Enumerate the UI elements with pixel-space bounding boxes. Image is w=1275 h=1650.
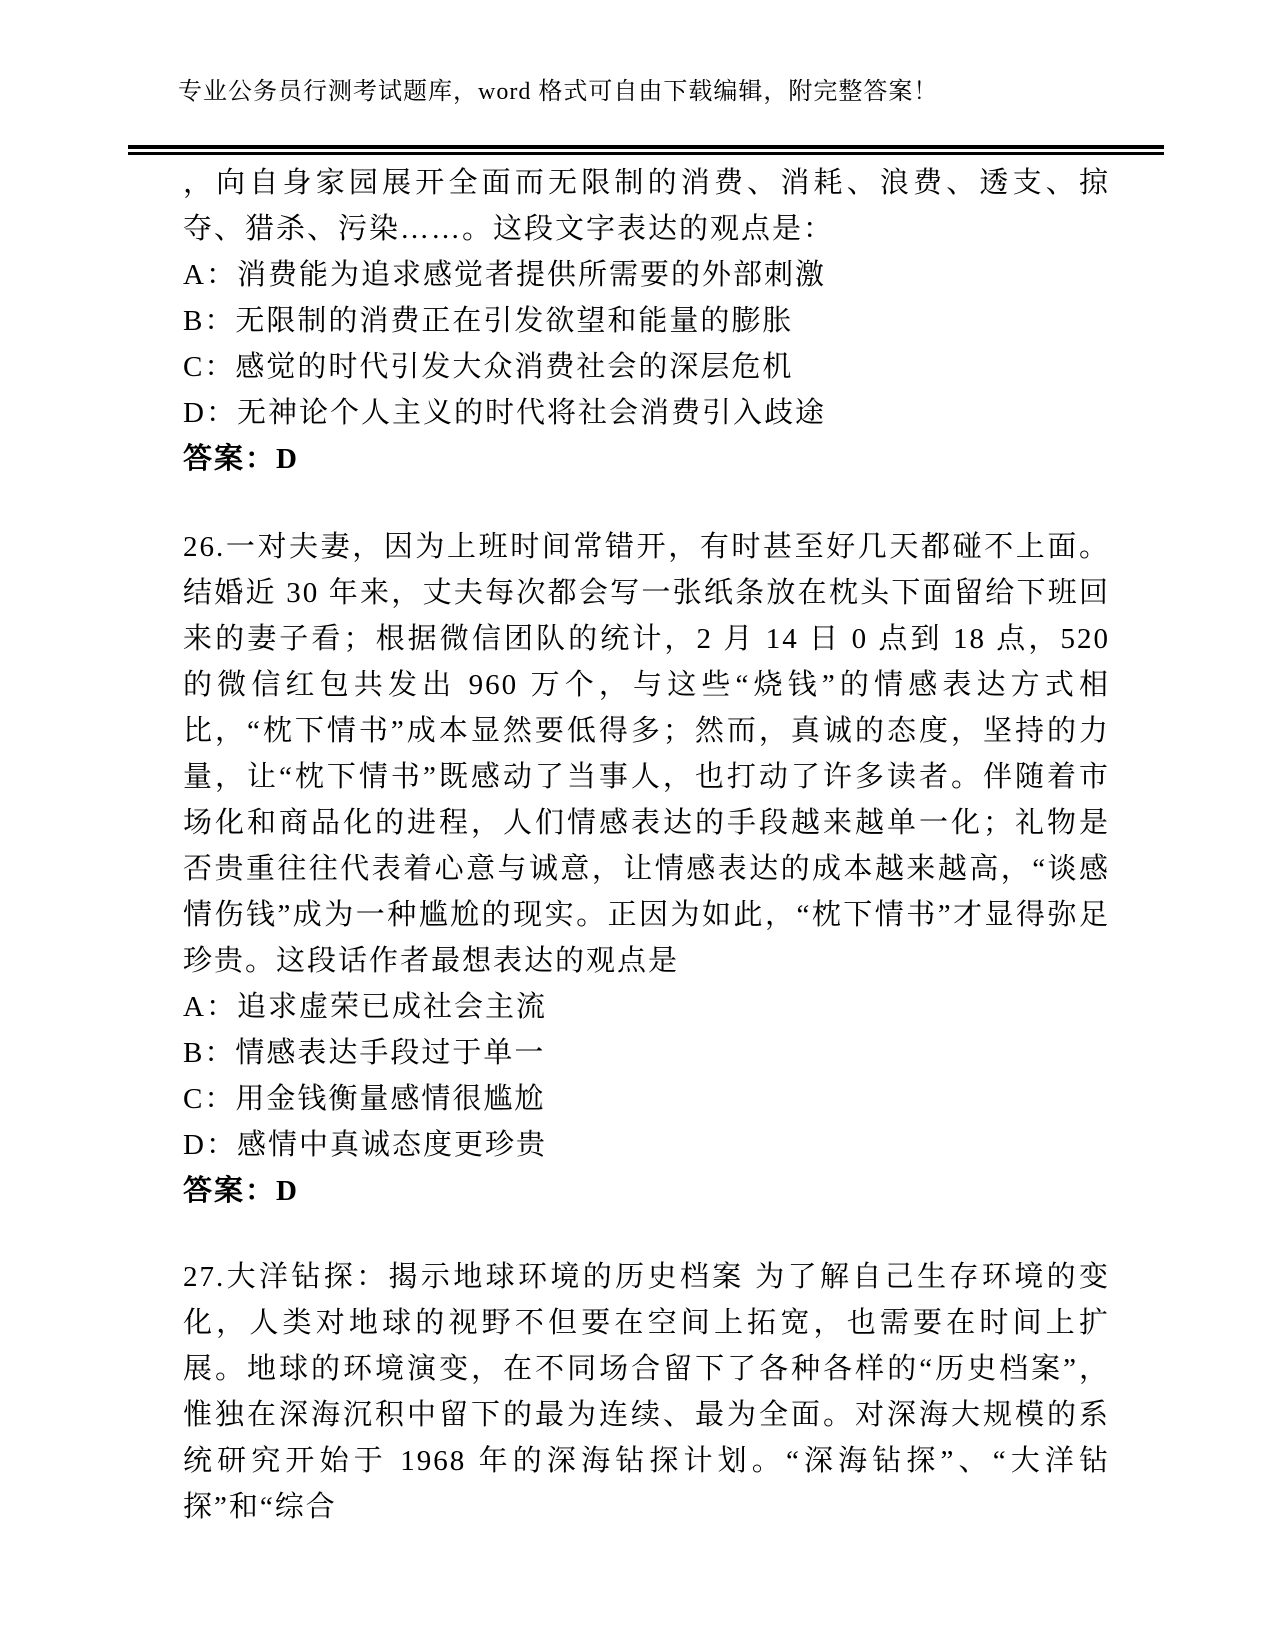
question-27-block: 27.大洋钻探：揭示地球环境的历史档案 为了解自己生存环境的变化，人类对地球的视… xyxy=(183,1254,1110,1530)
question-25-block: ，向自身家园展开全面而无限制的消费、消耗、浪费、透支、掠夺、猎杀、污染……。这段… xyxy=(183,160,1110,482)
question-26-option-c: C：用金钱衡量感情很尴尬 xyxy=(183,1076,1110,1122)
question-26-answer: 答案：D xyxy=(183,1168,1110,1214)
question-25-body: ，向自身家园展开全面而无限制的消费、消耗、浪费、透支、掠夺、猎杀、污染……。这段… xyxy=(183,160,1110,252)
page-header-text: 专业公务员行测考试题库，word 格式可自由下载编辑，附完整答案！ xyxy=(178,77,938,107)
question-25-option-c: C：感觉的时代引发大众消费社会的深层危机 xyxy=(183,344,1110,390)
question-26-option-d: D：感情中真诚态度更珍贵 xyxy=(183,1122,1110,1168)
question-26-block: 26.一对夫妻，因为上班时间常错开，有时甚至好几天都碰不上面。结婚近 30 年来… xyxy=(183,524,1110,1214)
question-25-option-b: B：无限制的消费正在引发欲望和能量的膨胀 xyxy=(183,298,1110,344)
question-25-answer: 答案：D xyxy=(183,436,1110,482)
question-26-body: 26.一对夫妻，因为上班时间常错开，有时甚至好几天都碰不上面。结婚近 30 年来… xyxy=(183,524,1110,984)
header-divider xyxy=(128,145,1164,155)
question-25-option-a: A：消费能为追求感觉者提供所需要的外部刺激 xyxy=(183,252,1110,298)
question-26-option-b: B：情感表达手段过于单一 xyxy=(183,1030,1110,1076)
question-25-option-d: D：无神论个人主义的时代将社会消费引入歧途 xyxy=(183,390,1110,436)
document-page: 专业公务员行测考试题库，word 格式可自由下载编辑，附完整答案！ ，向自身家园… xyxy=(0,0,1275,1650)
question-26-option-a: A：追求虚荣已成社会主流 xyxy=(183,984,1110,1030)
question-27-body: 27.大洋钻探：揭示地球环境的历史档案 为了解自己生存环境的变化，人类对地球的视… xyxy=(183,1254,1110,1530)
